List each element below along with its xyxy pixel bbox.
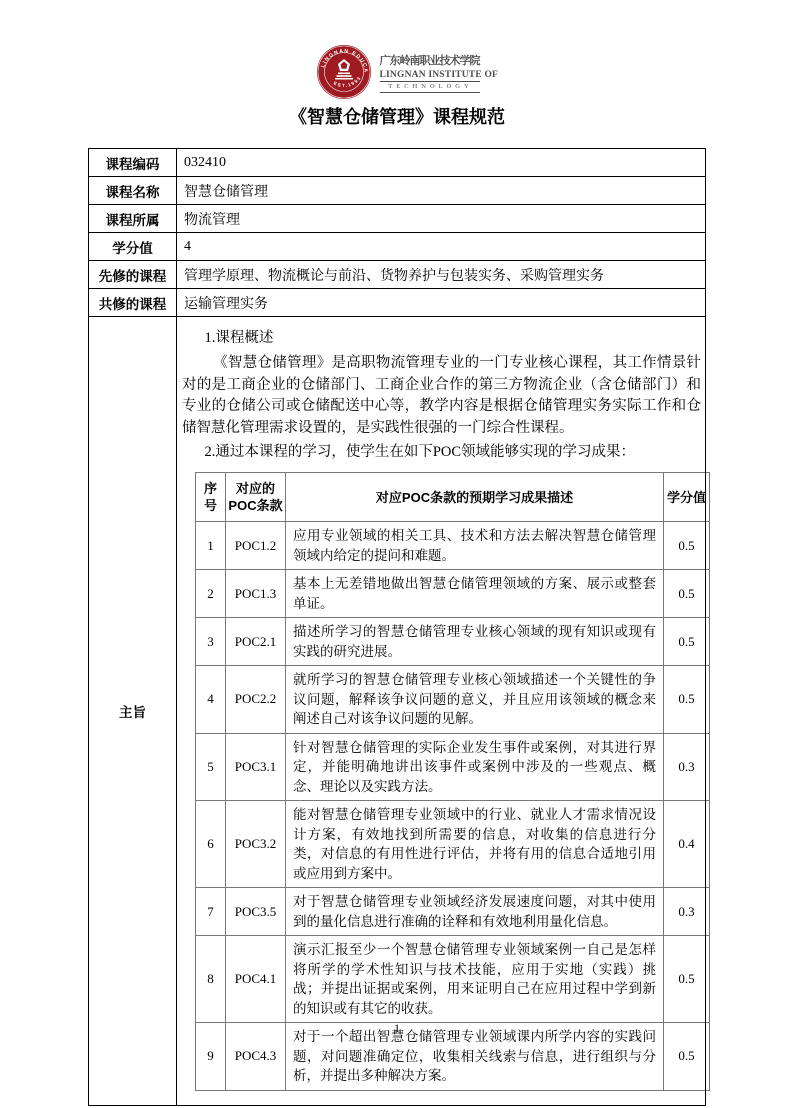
poc-row-clause: POC4.1	[226, 936, 286, 1023]
poc-row-desc: 基本上无差错地做出智慧仓储管理领域的方案、展示或整套单证。	[286, 570, 664, 618]
school-name-english-line2: TECHNOLOGY	[380, 82, 480, 93]
info-row-course-name: 课程名称 智慧仓储管理	[89, 177, 706, 205]
poc-row-no: 5	[196, 733, 226, 801]
poc-row-no: 2	[196, 570, 226, 618]
course-info-table: 课程编码 032410 课程名称 智慧仓储管理 课程所属 物流管理 学分值 4 …	[88, 148, 706, 1106]
poc-row-credit: 0.5	[664, 618, 710, 666]
col-header-outcome-desc: 对应POC条款的预期学习成果描述	[286, 473, 664, 522]
page-number: 1	[0, 1021, 794, 1036]
poc-row-no: 4	[196, 666, 226, 734]
info-value: 管理学原理、物流概论与前沿、货物养护与包装实务、采购管理实务	[177, 261, 706, 289]
poc-row-desc: 演示汇报至少一个智慧仓储管理专业领域案例一自己是怎样将所学的学术性知识与技术技能…	[286, 936, 664, 1023]
poc-row-clause: POC3.5	[226, 888, 286, 936]
poc-row: 1 POC1.2 应用专业领域的相关工具、技术和方法去解决智慧仓储管理领域内给定…	[196, 522, 710, 570]
learning-outcomes-heading: 2.通过本课程的学习，使学生在如下POC领域能够实现的学习成果：	[182, 442, 701, 463]
poc-row: 2 POC1.3 基本上无差错地做出智慧仓储管理领域的方案、展示或整套单证。 0…	[196, 570, 710, 618]
poc-row: 3 POC2.1 描述所学习的智慧仓储管理专业核心领域的现有知识或现有实践的研究…	[196, 618, 710, 666]
info-value: 智慧仓储管理	[177, 177, 706, 205]
main-purpose-row: 主旨 1.课程概述 《智慧仓储管理》是高职物流管理专业的一门专业核心课程，其工作…	[89, 317, 706, 1106]
school-name-english-line1: LINGNAN INSTITUTE OF	[380, 69, 480, 82]
info-label: 课程所属	[89, 205, 177, 233]
poc-row-clause: POC2.1	[226, 618, 286, 666]
poc-row-no: 3	[196, 618, 226, 666]
poc-row-clause: POC3.2	[226, 801, 286, 888]
poc-row-clause: POC3.1	[226, 733, 286, 801]
info-label: 课程名称	[89, 177, 177, 205]
info-label: 学分值	[89, 233, 177, 261]
info-row-course-category: 课程所属 物流管理	[89, 205, 706, 233]
col-header-no: 序号	[196, 473, 226, 522]
col-header-credit: 学分值	[664, 473, 710, 522]
poc-row-desc: 应用专业领域的相关工具、技术和方法去解决智慧仓储管理领域内给定的提问和难题。	[286, 522, 664, 570]
info-value: 032410	[177, 149, 706, 177]
school-name-chinese: 广东岭南职业技术学院	[380, 52, 480, 68]
poc-row-credit: 0.3	[664, 888, 710, 936]
info-value: 运输管理实务	[177, 289, 706, 317]
course-overview-heading: 1.课程概述	[182, 328, 701, 349]
poc-row-desc: 能对智慧仓储管理专业领域中的行业、就业人才需求情况设计方案，有效地找到所需要的信…	[286, 801, 664, 888]
info-row-corequisite-courses: 共修的课程 运输管理实务	[89, 289, 706, 317]
info-label: 课程编码	[89, 149, 177, 177]
poc-row: 7 POC3.5 对于智慧仓储管理专业领域经济发展速度问题，对其中使用到的量化信…	[196, 888, 710, 936]
info-row-credit-value: 学分值 4	[89, 233, 706, 261]
poc-row-no: 1	[196, 522, 226, 570]
poc-header-row: 序号 对应的POC条款 对应POC条款的预期学习成果描述 学分值	[196, 473, 710, 522]
info-value: 4	[177, 233, 706, 261]
poc-row-credit: 0.5	[664, 570, 710, 618]
poc-row-no: 8	[196, 936, 226, 1023]
course-overview-paragraph: 《智慧仓储管理》是高职物流管理专业的一门专业核心课程，其工作情景针对的是工商企业…	[182, 353, 701, 439]
poc-row: 6 POC3.2 能对智慧仓储管理专业领域中的行业、就业人才需求情况设计方案，有…	[196, 801, 710, 888]
poc-row-no: 7	[196, 888, 226, 936]
school-seal-icon: LINGNAN EDUCATION EST.1993	[315, 44, 373, 100]
poc-row: 4 POC2.2 就所学习的智慧仓储管理专业核心领域描述一个关键性的争议问题，解…	[196, 666, 710, 734]
poc-row-no: 6	[196, 801, 226, 888]
poc-row-credit: 0.5	[664, 936, 710, 1023]
school-name-block: 广东岭南职业技术学院 LINGNAN INSTITUTE OF TECHNOLO…	[380, 52, 480, 93]
poc-row-clause: POC1.3	[226, 570, 286, 618]
main-purpose-label: 主旨	[89, 317, 177, 1106]
poc-row-desc: 就所学习的智慧仓储管理专业核心领域描述一个关键性的争议问题，解释该争议问题的意义…	[286, 666, 664, 734]
info-label: 共修的课程	[89, 289, 177, 317]
poc-row-desc: 描述所学习的智慧仓储管理专业核心领域的现有知识或现有实践的研究进展。	[286, 618, 664, 666]
poc-row: 8 POC4.1 演示汇报至少一个智慧仓储管理专业领域案例一自己是怎样将所学的学…	[196, 936, 710, 1023]
school-logo: LINGNAN EDUCATION EST.1993 广东岭南职业技术学院 LI…	[0, 44, 794, 100]
info-row-prerequisite-courses: 先修的课程 管理学原理、物流概论与前沿、货物养护与包装实务、采购管理实务	[89, 261, 706, 289]
poc-row-clause: POC1.2	[226, 522, 286, 570]
poc-row-credit: 0.4	[664, 801, 710, 888]
info-row-course-code: 课程编码 032410	[89, 149, 706, 177]
document-title: 《智慧仓储管理》课程规范	[0, 103, 794, 129]
poc-row-clause: POC2.2	[226, 666, 286, 734]
info-value: 物流管理	[177, 205, 706, 233]
poc-row: 5 POC3.1 针对智慧仓储管理的实际企业发生事件或案例，对其进行界定，并能明…	[196, 733, 710, 801]
poc-row-desc: 对于智慧仓储管理专业领域经济发展速度问题，对其中使用到的量化信息进行准确的诠释和…	[286, 888, 664, 936]
col-header-poc-clause: 对应的POC条款	[226, 473, 286, 522]
main-purpose-content: 1.课程概述 《智慧仓储管理》是高职物流管理专业的一门专业核心课程，其工作情景针…	[177, 317, 706, 1106]
poc-row-credit: 0.5	[664, 666, 710, 734]
info-label: 先修的课程	[89, 261, 177, 289]
poc-outcomes-table: 序号 对应的POC条款 对应POC条款的预期学习成果描述 学分值 1 POC1.…	[195, 472, 710, 1091]
poc-row-credit: 0.5	[664, 522, 710, 570]
poc-row-credit: 0.3	[664, 733, 710, 801]
poc-row-desc: 针对智慧仓储管理的实际企业发生事件或案例，对其进行界定，并能明确地讲出该事件或案…	[286, 733, 664, 801]
